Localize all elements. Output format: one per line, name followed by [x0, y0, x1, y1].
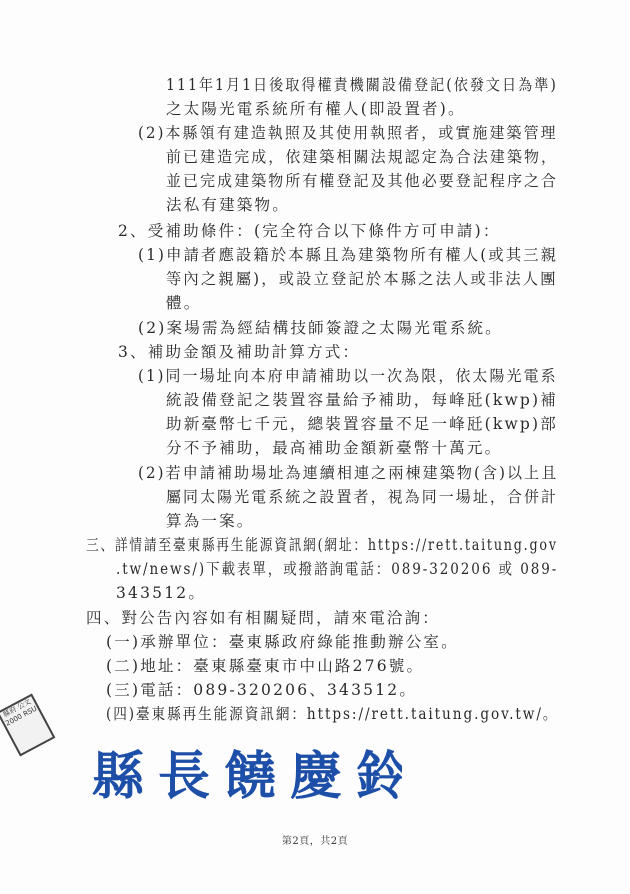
document-line: (2)案場需為經結構技師簽證之太陽光電系統。 [138, 317, 503, 339]
document-line: 法私有建築物。 [166, 194, 290, 216]
document-line: (1)同一場址向本府申請補助以一次為限，依太陽光電系 [138, 365, 558, 387]
document-page: 縣府 公文 2000 RSU 縣長饒慶鈴 第2頁，共2頁 111年1月1日後取得… [0, 0, 630, 894]
document-line: 111年1月1日後取得權責機關設備登記(依發文日為準) [166, 74, 558, 96]
document-line: 四、對公告內容如有相關疑問，請來電洽詢： [86, 607, 440, 629]
document-line: (三)電話：089-320206、343512。 [106, 679, 417, 701]
document-line: 343512。 [116, 582, 206, 604]
document-line: 等內之親屬)，或設立登記於本縣之法人或非法人團 [166, 268, 558, 290]
page-number-footer: 第2頁，共2頁 [0, 832, 630, 847]
document-line: 3、補助金額及補助計算方式： [118, 341, 360, 363]
document-line: 並已完成建築物所有權登記及其他必要登記程序之合 [166, 170, 558, 192]
document-line: .tw/news/)下載表單，或撥諮詢電話：089-320206 或 089- [116, 558, 558, 580]
document-line: 算為一案。 [166, 510, 255, 532]
document-line: (2)本縣領有建造執照及其使用執照者，或實施建築管理 [138, 122, 558, 144]
document-line: (四)臺東縣再生能源資訊網：https://rett.taitung.gov.t… [106, 703, 558, 725]
document-line: 前已建造完成，依建築相關法規認定為合法建築物， [166, 146, 558, 168]
document-line: (二)地址：臺東縣臺東市中山路276號。 [106, 655, 424, 677]
document-line: (1)申請者應設籍於本縣且為建築物所有權人(或其三親 [138, 244, 558, 266]
document-line: 統設備登記之裝置容量給予補助，每峰瓩(kwp)補 [166, 389, 558, 411]
document-line: (2)若申請補助場址為連續相連之兩棟建築物(含)以上且 [138, 462, 558, 484]
seal-stamp: 縣府 公文 2000 RSU [0, 694, 55, 757]
document-line: 三、詳情請至臺東縣再生能源資訊網(網址：https://rett.taitung… [86, 534, 558, 556]
document-line: (一)承辦單位：臺東縣政府綠能推動辦公室。 [106, 631, 459, 653]
document-line: 2、受補助條件：(完全符合以下條件方可申請)： [118, 220, 501, 242]
document-line: 體。 [166, 292, 201, 314]
magistrate-signature: 縣長饒慶鈴 [92, 742, 402, 812]
document-line: 屬同太陽光電系統之設置者，視為同一場址，合併計 [166, 486, 558, 508]
document-line: 之太陽光電系統所有權人(即設置者)。 [166, 98, 466, 120]
document-line: 助新臺幣七千元，總裝置容量不足一峰瓩(kwp)部 [166, 413, 558, 435]
document-line: 分不予補助，最高補助金額新臺幣十萬元。 [166, 437, 502, 459]
